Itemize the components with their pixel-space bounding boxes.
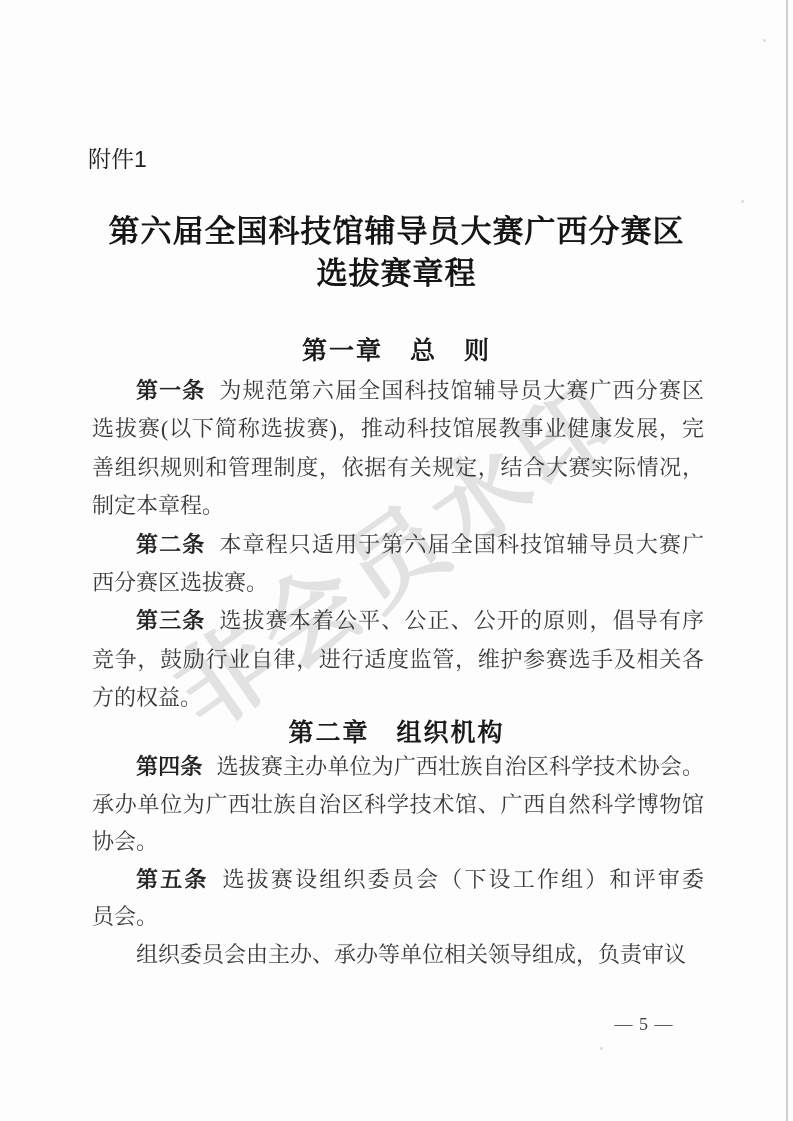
body-line: 西分赛区选拔赛。 [92, 564, 704, 602]
body-line-text: 组织委员会由主办、承办等单位相关领导组成，负责审议 [136, 942, 686, 967]
body-line-text: 西分赛区选拔赛。 [92, 570, 268, 595]
body-block-2: 第四条选拔赛主办单位为广西壮族自治区科学技术协会。 承办单位为广西壮族自治区科学… [92, 748, 704, 974]
body-line: 竞争，鼓励行业自律，进行适度监管，维护参赛选手及相关各 [92, 641, 704, 679]
body-line-text: 制定本章程。 [92, 493, 224, 518]
body-line-text: 承办单位为广西壮族自治区科学技术馆、广西自然科学博物馆 [92, 792, 704, 817]
article-term: 第一条 [136, 378, 205, 403]
article-term: 第四条 [136, 754, 203, 779]
body-line: 方的权益。 [92, 679, 704, 717]
body-line: 第四条选拔赛主办单位为广西壮族自治区科学技术协会。 [92, 748, 704, 786]
chapter-heading-1: 第一章 总 则 [0, 332, 793, 370]
body-line-text: 竞争，鼓励行业自律，进行适度监管，维护参赛选手及相关各 [92, 647, 704, 672]
scanned-document-page: 非会员水印 附件1 第六届全国科技馆辅导员大赛广西分赛区 选拔赛章程 第一章 总… [0, 0, 793, 1121]
body-line-text: 选拔赛(以下简称选拔赛)，推动科技馆展教事业健康发展，完 [92, 416, 704, 441]
body-line-text: 方的权益。 [92, 685, 202, 710]
chapter-heading-2: 第二章 组织机构 [0, 714, 793, 752]
body-line: 善组织规则和管理制度，依据有关规定，结合大赛实际情况， [92, 449, 704, 487]
article-term: 第二条 [136, 532, 205, 557]
document-title-line2: 选拔赛章程 [0, 253, 793, 295]
attachment-label: 附件1 [88, 141, 147, 174]
body-line: 选拔赛(以下简称选拔赛)，推动科技馆展教事业健康发展，完 [92, 410, 704, 448]
body-line-text: 协会。 [92, 829, 158, 854]
article-term: 第三条 [136, 608, 205, 633]
body-line-text: 选拔赛主办单位为广西壮族自治区科学技术协会。 [217, 754, 704, 779]
body-line-text: 善组织规则和管理制度，依据有关规定，结合大赛实际情况， [92, 455, 704, 480]
body-line-text: 为规范第六届全国科技馆辅导员大赛广西分赛区 [219, 378, 704, 403]
article-term: 第五条 [136, 867, 209, 892]
body-line: 承办单位为广西壮族自治区科学技术馆、广西自然科学博物馆 [92, 786, 704, 824]
body-line-text: 员会。 [92, 904, 158, 929]
body-line: 协会。 [92, 823, 704, 861]
body-line-text: 选拔赛设组织委员会（下设工作组）和评审委 [223, 867, 704, 892]
body-line: 第一条为规范第六届全国科技馆辅导员大赛广西分赛区 [92, 372, 704, 410]
document-title-line1: 第六届全国科技馆辅导员大赛广西分赛区 [0, 211, 793, 253]
document-title: 第六届全国科技馆辅导员大赛广西分赛区 选拔赛章程 [0, 211, 793, 295]
body-line-text: 本章程只适用于第六届全国科技馆辅导员大赛广 [219, 532, 704, 557]
body-line: 第五条选拔赛设组织委员会（下设工作组）和评审委 [92, 861, 704, 899]
body-line: 员会。 [92, 898, 704, 936]
body-line: 第二条本章程只适用于第六届全国科技馆辅导员大赛广 [92, 526, 704, 564]
page-number: — 5 — [608, 1014, 680, 1035]
body-line: 制定本章程。 [92, 487, 704, 525]
body-line: 组织委员会由主办、承办等单位相关领导组成，负责审议 [92, 936, 704, 974]
body-line: 第三条选拔赛本着公平、公正、公开的原则，倡导有序 [92, 602, 704, 640]
document-content: 附件1 第六届全国科技馆辅导员大赛广西分赛区 选拔赛章程 第一章 总 则 第一条… [0, 0, 793, 1121]
body-block-1: 第一条为规范第六届全国科技馆辅导员大赛广西分赛区 选拔赛(以下简称选拔赛)，推动… [92, 372, 704, 718]
body-line-text: 选拔赛本着公平、公正、公开的原则，倡导有序 [219, 608, 704, 633]
